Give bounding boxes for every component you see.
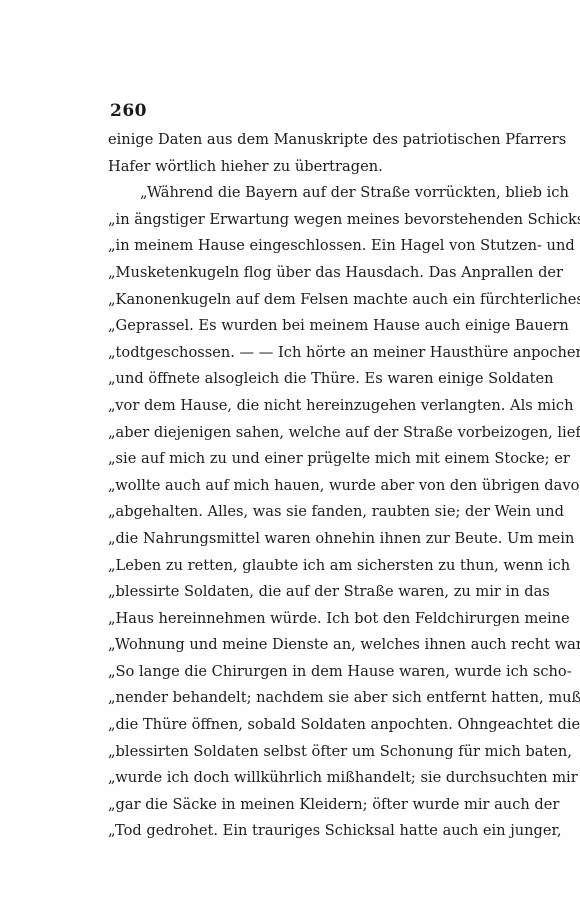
text-line: „Musketenkugeln flog über das Hausdach. … — [108, 260, 492, 287]
text-line: „todtgeschossen. — — Ich hörte an meiner… — [108, 340, 492, 367]
text-line: „wollte auch auf mich hauen, wurde aber … — [108, 473, 492, 500]
text-line: „Während die Bayern auf der Straße vorrü… — [108, 180, 492, 207]
text-line: „nender behandelt; nachdem sie aber sich… — [108, 685, 492, 712]
body-text: einige Daten aus dem Manuskripte des pat… — [108, 127, 492, 845]
text-line: „wurde ich doch willkührlich mißhandelt;… — [108, 765, 492, 792]
text-line: „blessirte Soldaten, die auf der Straße … — [108, 579, 492, 606]
text-line: „blessirten Soldaten selbst öfter um Sch… — [108, 739, 492, 766]
text-line: „gar die Säcke in meinen Kleidern; öfter… — [108, 792, 492, 819]
text-line: „Kanonenkugeln auf dem Felsen machte auc… — [108, 287, 492, 314]
text-line: „sie auf mich zu und einer prügelte mich… — [108, 446, 492, 473]
page-number: 260 — [110, 101, 147, 121]
text-line: Hafer wörtlich hieher zu übertragen. — [108, 154, 492, 181]
text-line: „Geprassel. Es wurden bei meinem Hause a… — [108, 313, 492, 340]
text-line: „Leben zu retten, glaubte ich am sichers… — [108, 553, 492, 580]
text-line: „Tod gedrohet. Ein trauriges Schicksal h… — [108, 818, 492, 845]
text-line: einige Daten aus dem Manuskripte des pat… — [108, 127, 492, 154]
text-line: „Wohnung und meine Dienste an, welches i… — [108, 632, 492, 659]
text-line: „Haus hereinnehmen würde. Ich bot den Fe… — [108, 606, 492, 633]
text-line: „So lange die Chirurgen in dem Hause war… — [108, 659, 492, 686]
text-line: „aber diejenigen sahen, welche auf der S… — [108, 420, 492, 447]
text-line: „in meinem Hause eingeschlossen. Ein Hag… — [108, 233, 492, 260]
text-line: „abgehalten. Alles, was sie fanden, raub… — [108, 499, 492, 526]
text-line: „vor dem Hause, die nicht hereinzugehen … — [108, 393, 492, 420]
text-line: „in ängstiger Erwartung wegen meines bev… — [108, 207, 492, 234]
text-line: „die Nahrungsmittel waren ohnehin ihnen … — [108, 526, 492, 553]
book-page: 260 einige Daten aus dem Manuskripte des… — [0, 0, 580, 922]
text-line: „und öffnete alsogleich die Thüre. Es wa… — [108, 366, 492, 393]
text-line: „die Thüre öffnen, sobald Soldaten anpoc… — [108, 712, 492, 739]
